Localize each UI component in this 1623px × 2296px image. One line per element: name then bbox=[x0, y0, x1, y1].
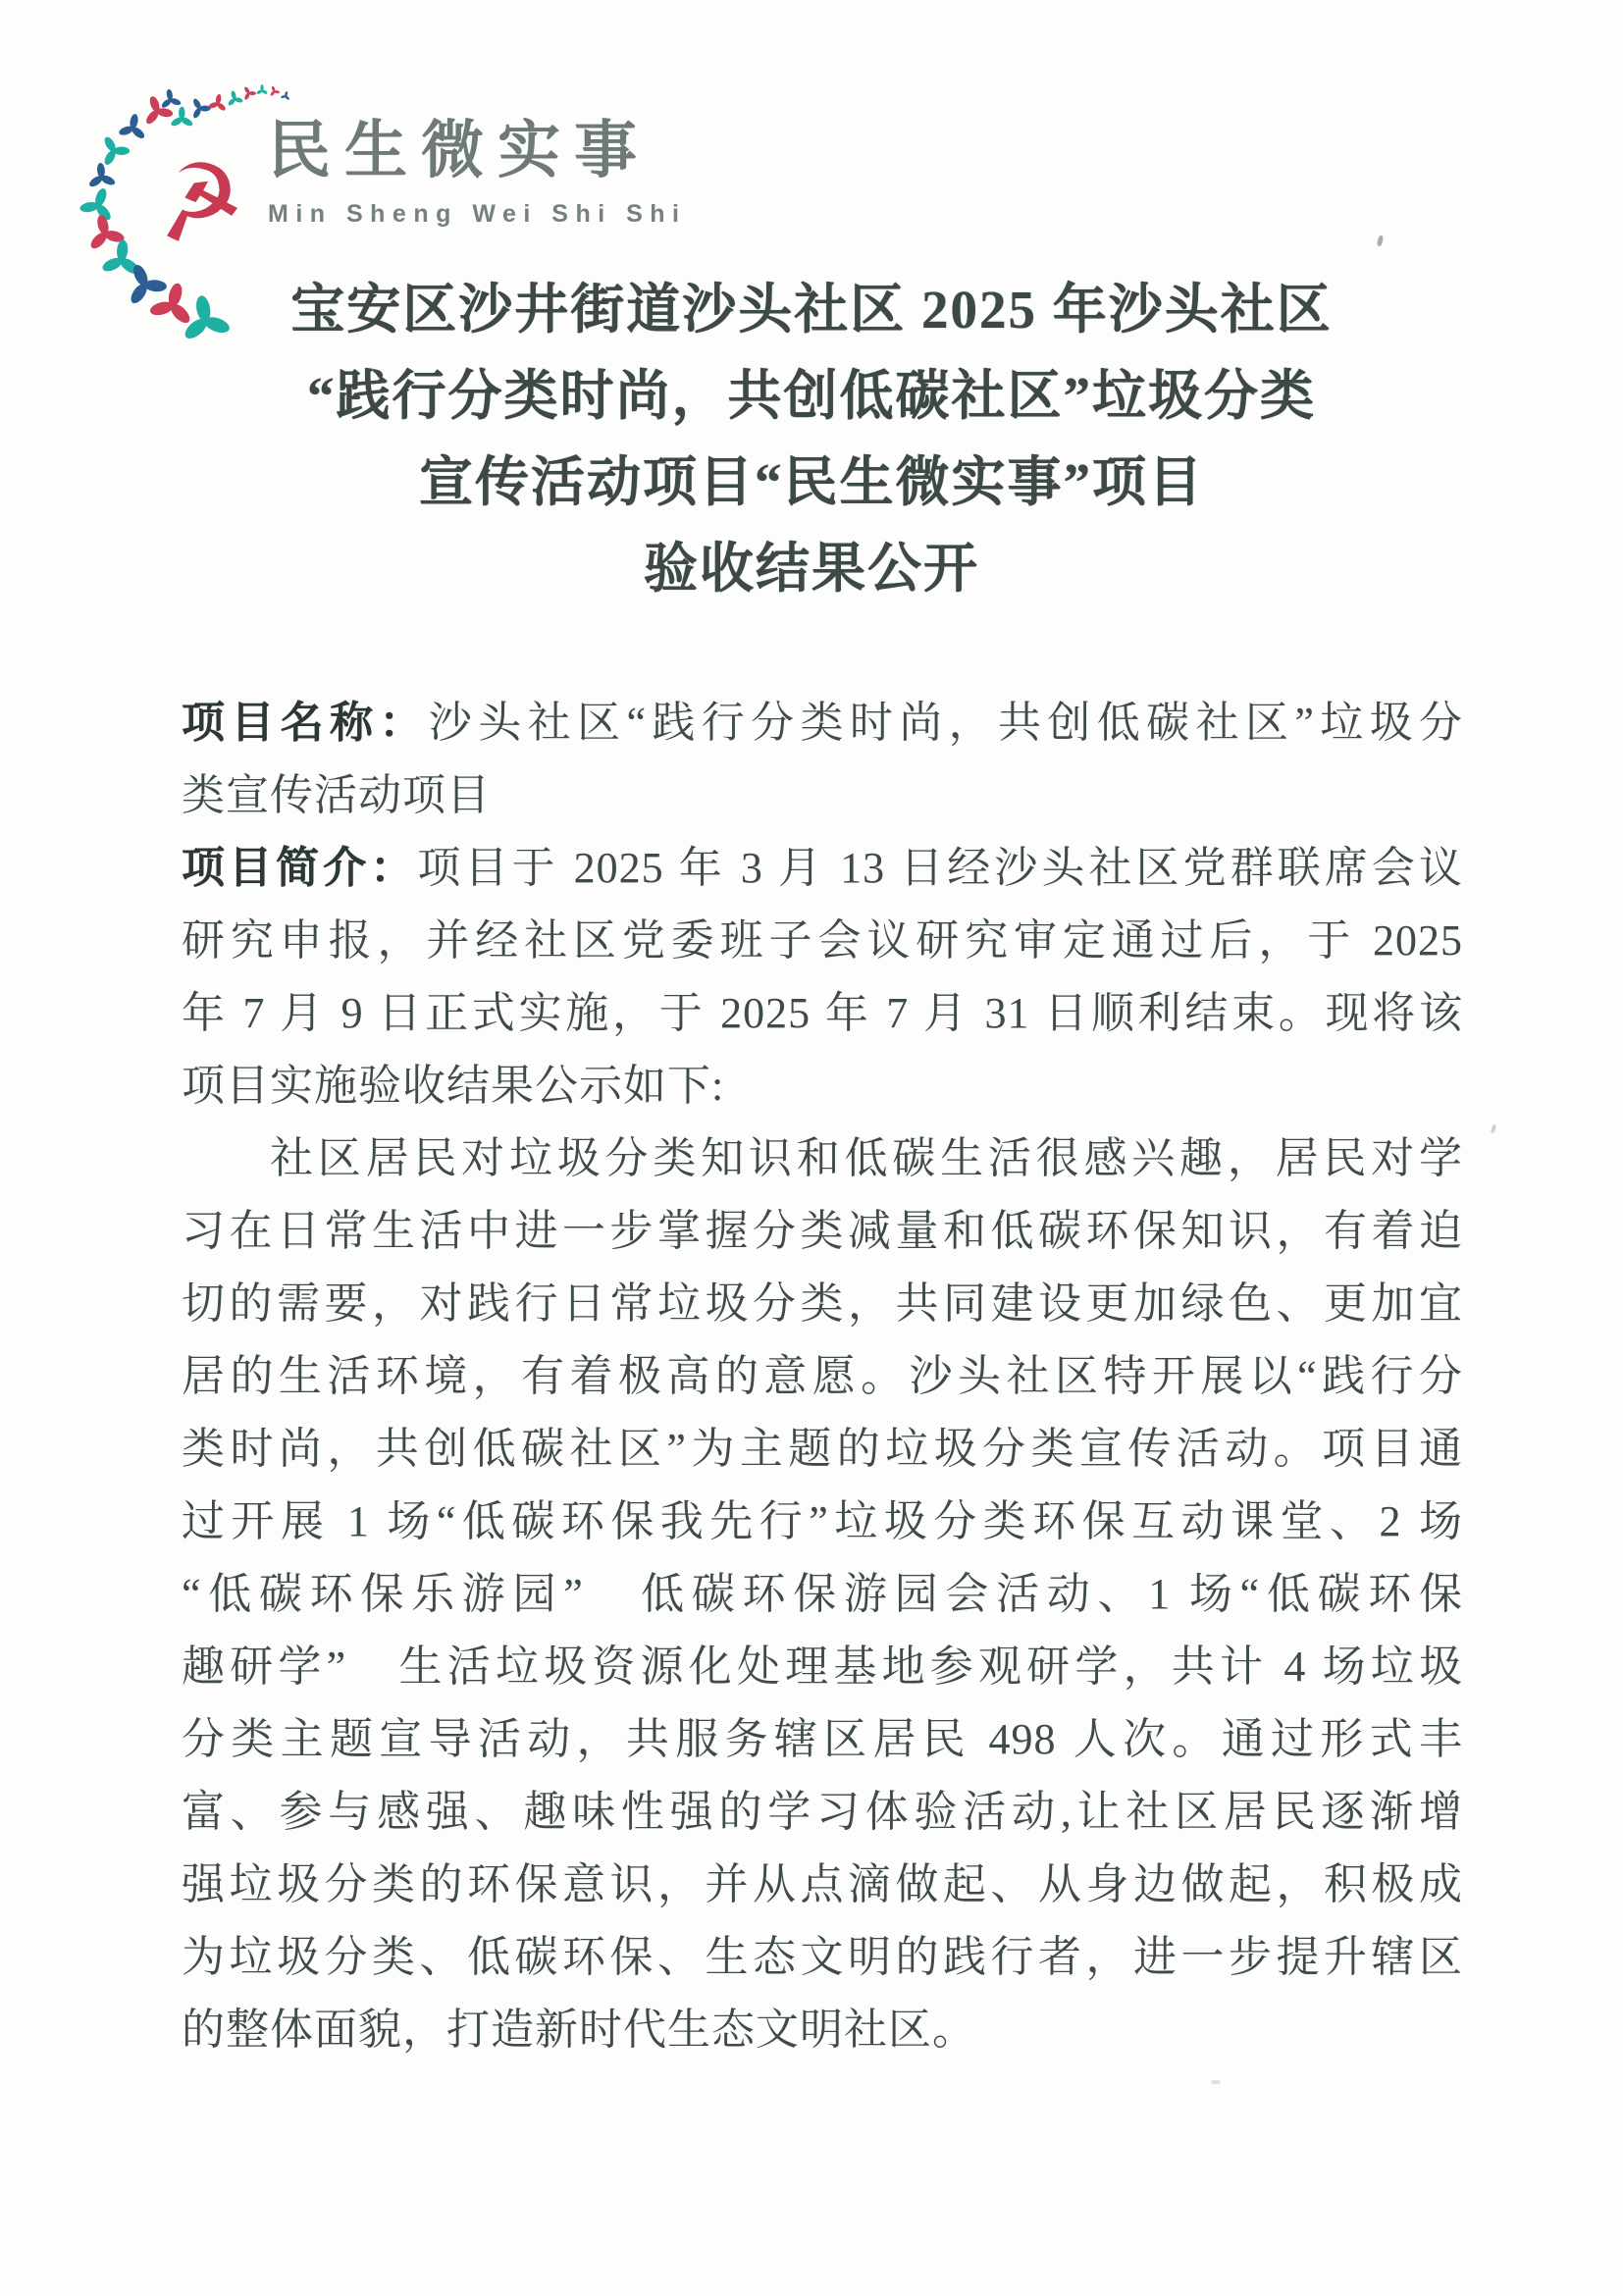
result-line-6: 过开展 1 场“低碳环保我先行”垃圾分类环保互动课堂、2 场 bbox=[182, 1486, 1463, 1558]
scan-speck bbox=[1377, 235, 1385, 247]
result-line-13: 的整体面貌，打造新时代生态文明社区。 bbox=[182, 1994, 1463, 2066]
result-line-8: 趣研学” 生活垃圾资源化处理基地参观研学，共计 4 场垃圾 bbox=[182, 1631, 1463, 1703]
title-line-3: 宣传活动项目“民生微实事”项目 bbox=[118, 440, 1505, 526]
project-intro-line-2: 研究申报，并经社区党委班子会议研究审定通过后，于 2025 bbox=[182, 905, 1463, 977]
result-line-11: 强垃圾分类的环保意识，并从点滴做起、从身边做起，积极成 bbox=[182, 1849, 1463, 1921]
result-line-1: 社区居民对垃圾分类知识和低碳生活很感兴趣，居民对学 bbox=[182, 1122, 1463, 1195]
scan-speck bbox=[1491, 1124, 1497, 1134]
project-name-label: 项目名称： bbox=[182, 699, 429, 747]
project-intro-line-4: 项目实施验收结果公示如下: bbox=[182, 1050, 1463, 1122]
logo-text: 民生微实事 Min Sheng Wei Shi Shi bbox=[268, 100, 687, 229]
hammer-and-sickle-icon: ☭ bbox=[143, 136, 254, 268]
project-intro-label: 项目简介： bbox=[182, 844, 417, 892]
document-title: 宝安区沙井街道沙头社区 2025 年沙头社区 “践行分类时尚，共创低碳社区”垃圾… bbox=[118, 267, 1505, 612]
project-name-line-2: 类宣传活动项目 bbox=[182, 759, 1463, 832]
scanned-document-page: ☭ 民生微实事 Min Sheng Wei Shi Shi 宝安区沙井街道沙头社… bbox=[0, 0, 1623, 2296]
result-line-4: 居的生活环境，有着极高的意愿。沙头社区特开展以“践行分 bbox=[182, 1340, 1463, 1413]
project-intro-text: 项目于 2025 年 3 月 13 日经沙头社区党群联席会议 bbox=[417, 844, 1463, 892]
title-line-2: “践行分类时尚，共创低碳社区”垃圾分类 bbox=[118, 353, 1505, 440]
result-line-5: 类时尚，共创低碳社区”为主题的垃圾分类宣传活动。项目通 bbox=[182, 1413, 1463, 1486]
brand-name: 民生微实事 bbox=[268, 100, 687, 190]
document-body: 项目名称：沙头社区“践行分类时尚，共创低碳社区”垃圾分 类宣传活动项目 项目简介… bbox=[182, 687, 1463, 2066]
project-intro-line-1: 项目简介：项目于 2025 年 3 月 13 日经沙头社区党群联席会议 bbox=[182, 832, 1463, 905]
title-line-4: 验收结果公开 bbox=[118, 526, 1505, 612]
result-line-2: 习在日常生活中进一步掌握分类减量和低碳环保知识，有着迫 bbox=[182, 1195, 1463, 1268]
result-line-9: 分类主题宣导活动，共服务辖区居民 498 人次。通过形式丰 bbox=[182, 1703, 1463, 1776]
project-intro-line-3: 年 7 月 9 日正式实施，于 2025 年 7 月 31 日顺利结束。现将该 bbox=[182, 977, 1463, 1050]
project-name-text: 沙头社区“践行分类时尚，共创低碳社区”垃圾分 bbox=[429, 699, 1463, 747]
result-line-12: 为垃圾分类、低碳环保、生态文明的践行者，进一步提升辖区 bbox=[182, 1921, 1463, 1994]
project-name-line-1: 项目名称：沙头社区“践行分类时尚，共创低碳社区”垃圾分 bbox=[182, 687, 1463, 759]
result-line-10: 富、参与感强、趣味性强的学习体验活动,让社区居民逐渐增 bbox=[182, 1776, 1463, 1849]
brand-pinyin: Min Sheng Wei Shi Shi bbox=[268, 200, 687, 229]
scan-speck bbox=[1211, 2080, 1221, 2084]
result-line-3: 切的需要，对践行日常垃圾分类，共同建设更加绿色、更加宜 bbox=[182, 1268, 1463, 1340]
title-line-1: 宝安区沙井街道沙头社区 2025 年沙头社区 bbox=[118, 267, 1505, 353]
result-line-7: “低碳环保乐游园” 低碳环保游园会活动、1 场“低碳环保 bbox=[182, 1558, 1463, 1631]
